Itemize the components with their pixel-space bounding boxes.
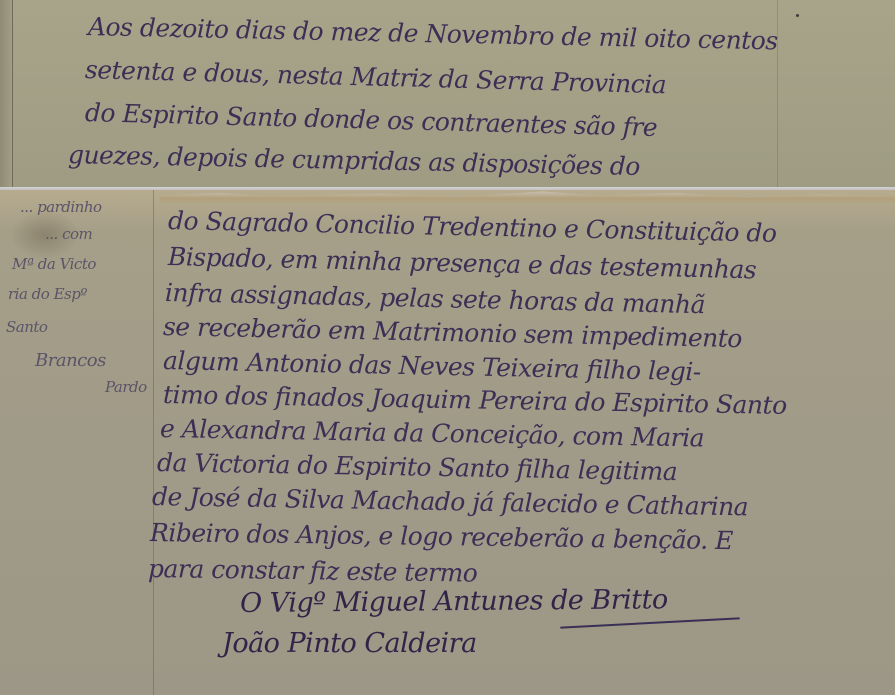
record-line: e Alexandra Maria da Conceição, com Mari… (160, 414, 705, 452)
margin-note: Santo (6, 318, 47, 336)
signature-witness: João Pinto Caldeira (222, 628, 477, 659)
record-line: da Victoria do Espirito Santo filha legi… (157, 448, 678, 486)
page-binding-edge (0, 0, 13, 187)
record-line: para constar fiz este termo (148, 554, 478, 588)
margin-note: Brancos (35, 350, 106, 371)
record-line: Ribeiro dos Anjos, e logo receberão a be… (150, 518, 733, 555)
margin-note: Pardo (105, 378, 147, 396)
bottom-page-photo: ... pardinho ... com Mª da Victo ria do … (0, 190, 895, 695)
record-line: Aos dezoito dias do mez de Novembro de m… (88, 12, 778, 55)
margin-note: ... com (45, 225, 92, 243)
signature-flourish (560, 617, 740, 628)
record-line: de José da Silva Machado já falecido e C… (152, 482, 749, 521)
record-line: setenta e dous, nesta Matriz da Serra Pr… (85, 55, 667, 99)
torn-page-edge (160, 190, 895, 204)
signature-vicar: O Vigº Miguel Antunes de Britto (240, 584, 668, 619)
record-line: do Espirito Santo donde os contraentes s… (85, 98, 658, 142)
record-line: do Sagrado Concilio Tredentino e Constit… (168, 206, 777, 248)
margin-note: ... pardinho (20, 198, 102, 216)
margin-note: ria do Espº (8, 285, 87, 303)
record-line: algum Antonio das Neves Teixeira filho l… (163, 346, 701, 386)
top-page-photo: Aos dezoito dias do mez de Novembro de m… (0, 0, 895, 187)
record-line: Bispado, em minha presença e das testemu… (168, 242, 757, 284)
ink-spot (796, 14, 799, 17)
margin-note: Mª da Victo (12, 255, 96, 273)
left-margin-rule (153, 190, 154, 695)
record-line: guezes, depois de cumpridas as disposiçõ… (68, 140, 640, 181)
